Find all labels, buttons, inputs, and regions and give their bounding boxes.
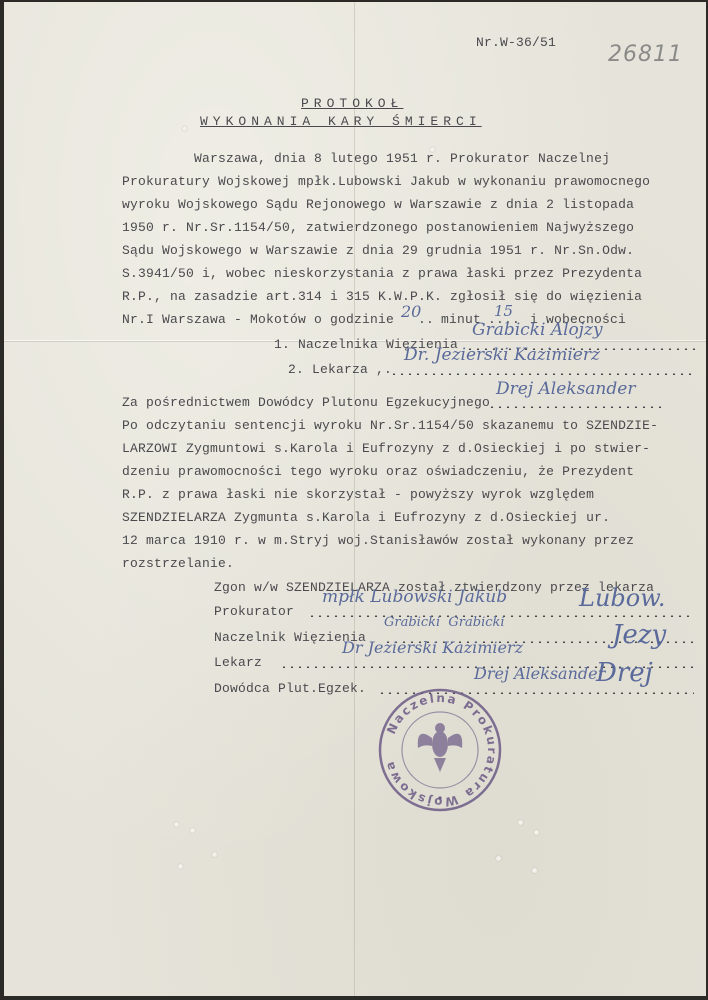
signature-doctor-autograph: Jezy [612,620,666,650]
execution-line-8: rozstrzelanie. [122,556,234,571]
pin-hole [430,147,435,152]
execution-line-4: dzeniu prawomocności tego wyroku oraz oś… [122,464,634,479]
signature-prosecutor-autograph: Lubow. [579,584,666,612]
reference-number: Nr.W-36/51 [476,35,556,50]
platoon-commander-signature: Drej Aleksander [496,379,635,399]
pin-hole [190,828,195,833]
body-line-5: Sądu Wojskowego w Warszawie z dnia 29 gr… [122,243,634,258]
body-line-3: wyroku Wojskowego Sądu Rejonowego w Wars… [122,197,634,212]
presence-item-2-label: 2. Lekarza ,. [288,362,392,377]
eagle-emblem [418,723,462,772]
dotted-line [488,406,664,408]
title-line-1: PROTOKOŁ [301,96,403,111]
pin-hole [534,830,539,835]
hour-dots: .. [418,312,434,327]
pin-hole [178,864,183,869]
body-line-2: Prokuratury Wojskowej mpłk.Lubowski Jaku… [122,174,650,189]
signature-role-doctor: Lekarz [214,655,262,670]
execution-line-5: R.P. z prawa łaski nie skorzystał - powy… [122,487,594,502]
signature-platoon-commander: Drej Aleksander [474,664,605,683]
execution-line-3: LARZOWI Zygmuntowi s.Karola i Eufrozyny … [122,441,650,456]
signature-platoon-commander-autograph: Drej [596,658,653,688]
pin-hole [182,126,187,131]
pin-hole [532,868,537,873]
presence-item-1-signature: Grabicki Alojzy [472,320,603,340]
signature-role-platoon-commander: Dowódca Plut.Egzek. [214,681,366,696]
body-line-4: 1950 r. Nr.Sr.1154/50, zatwierdzonego po… [122,220,634,235]
body-line-1: Warszawa, dnia 8 lutego 1951 r. Prokurat… [194,151,610,166]
pin-hole [174,822,179,827]
presence-item-2-signature: Dr. Jezierski Kazimierz [404,345,600,365]
signature-doctor: Dr Jezierski Kazimierz [342,638,523,657]
document-page: Nr.W-36/51 26811 PROTOKOŁ WYKONANIA KARY… [4,2,706,996]
body-line-6: S.3941/50 i, wobec nieskorzystania z pra… [122,266,642,281]
official-stamp-icon: Naczelna Prokuratura Wojskowa [376,686,504,814]
title-line-2: WYKONANIA KARY ŚMIERCI [200,114,482,129]
execution-line-7: 12 marca 1910 r. w m.Stryj woj.Stanisław… [122,533,634,548]
body-line-7: R.P., na zasadzie art.314 i 315 K.W.P.K.… [122,289,642,304]
pin-hole [496,856,501,861]
pin-hole [518,820,523,825]
execution-line-1: Za pośrednictwem Dowódcy Plutonu Egzekuc… [122,395,490,410]
execution-line-2: Po odczytaniu sentencji wyroku Nr.Sr.115… [122,418,658,433]
signature-prosecutor: mpłk Lubowski Jakub [322,587,507,607]
body-line-8: Nr.I Warszawa - Mokotów o godzinie [122,312,394,327]
dotted-line [390,373,696,375]
signature-prison-warden: Grabicki Grabicki [384,615,505,630]
pin-hole [212,852,217,857]
archive-number: 26811 [608,42,683,67]
execution-line-6: SZENDZIELARZA Zygmunta s.Karola i Eufroz… [122,510,610,525]
signature-role-prosecutor: Prokurator [214,604,294,619]
